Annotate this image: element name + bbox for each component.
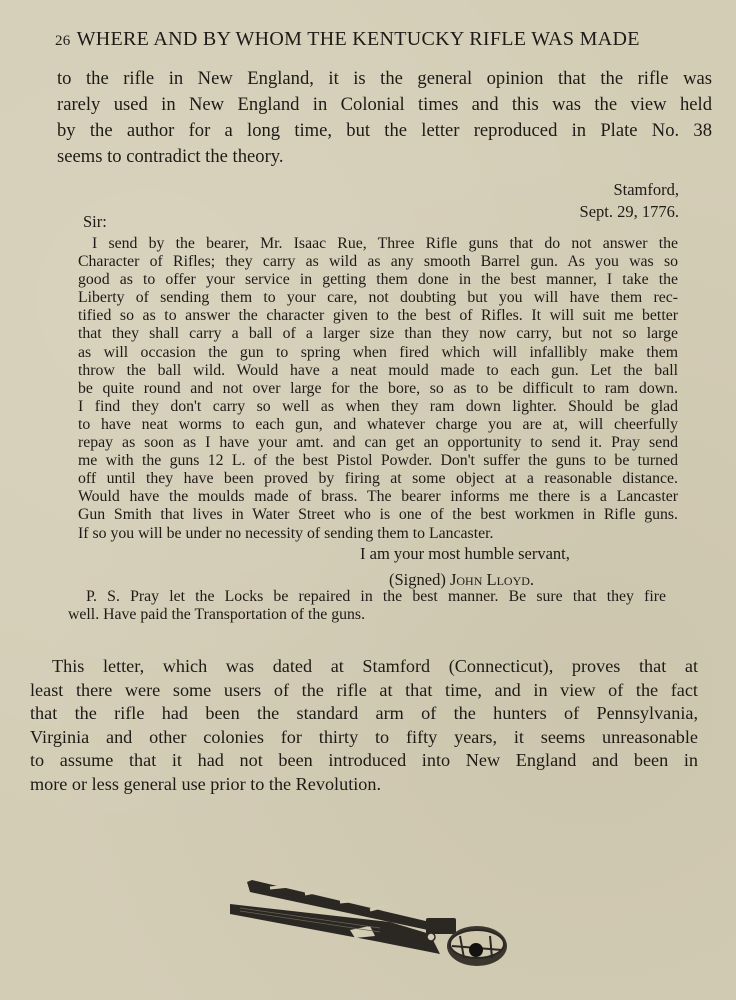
letter-date: Sept. 29, 1776. — [580, 201, 679, 223]
letter-signature: (Signed) John Lloyd. — [389, 570, 534, 590]
text-line: Virginia and other colonies for thirty t… — [30, 726, 698, 750]
text-line: This letter, which was dated at Stamford… — [30, 655, 698, 679]
text-line: well. Have paid the Transportation of th… — [68, 606, 666, 624]
text-line: off until they have been proved by firin… — [78, 470, 678, 488]
text-line: be quite round and not over large for th… — [78, 380, 678, 398]
text-line: that they shall carry a ball of a larger… — [78, 325, 678, 343]
text-line: that the rifle had been the standard arm… — [30, 702, 698, 726]
text-line: as will occasion the gun to spring when … — [78, 344, 678, 362]
text-line: I send by the bearer, Mr. Isaac Rue, Thr… — [78, 235, 678, 253]
letter-salutation: Sir: — [83, 212, 107, 232]
text-line: seems to contradict the theory. — [57, 144, 712, 170]
text-line: P. S. Pray let the Locks be repaired in … — [68, 588, 666, 606]
letter-heading: Stamford, Sept. 29, 1776. — [580, 179, 679, 223]
text-line: Character of Rifles; they carry as wild … — [78, 253, 678, 271]
text-line: more or less general use prior to the Re… — [30, 773, 698, 797]
letter-place: Stamford, — [580, 179, 679, 201]
text-line: Gun Smith that lives in Water Street who… — [78, 506, 678, 524]
signer-name: John Lloyd. — [450, 570, 534, 589]
intro-paragraph: to the rifle in New England, it is the g… — [57, 66, 712, 170]
text-line: least there were some users of the rifle… — [30, 679, 698, 703]
text-line: to assume that it had not been introduce… — [30, 749, 698, 773]
text-line: tified so as to answer the character giv… — [78, 307, 678, 325]
text-line: repay as soon as I have your amt. and ca… — [78, 434, 678, 452]
bullet-mould-icon — [230, 860, 530, 980]
letter-body: I send by the bearer, Mr. Isaac Rue, Thr… — [78, 235, 678, 543]
text-line: rarely used in New England in Colonial t… — [57, 92, 712, 118]
text-line: me with the guns 12 L. of the best Pisto… — [78, 452, 678, 470]
text-line: to the rifle in New England, it is the g… — [57, 66, 712, 92]
letter-closing: I am your most humble servant, — [360, 544, 570, 564]
text-line: I find they don't carry so well as when … — [78, 398, 678, 416]
signed-label: (Signed) — [389, 570, 446, 589]
text-line: Liberty of sending them to your care, no… — [78, 289, 678, 307]
book-page: 26WHERE AND BY WHOM THE KENTUCKY RIFLE W… — [0, 0, 736, 1000]
chapter-title: WHERE AND BY WHOM THE KENTUCKY RIFLE WAS… — [77, 28, 640, 50]
text-line: by the author for a long time, but the l… — [57, 118, 712, 144]
text-line: If so you will be under no necessity of … — [78, 525, 678, 543]
text-line: good as to offer your service in getting… — [78, 271, 678, 289]
text-line: throw the ball wild. Would have a neat m… — [78, 362, 678, 380]
text-line: Would have the moulds made of brass. The… — [78, 488, 678, 506]
postscript: P. S. Pray let the Locks be repaired in … — [68, 588, 666, 624]
running-head: 26WHERE AND BY WHOM THE KENTUCKY RIFLE W… — [55, 28, 695, 51]
conclusion-paragraph: This letter, which was dated at Stamford… — [30, 655, 698, 796]
text-line: to have neat worms to each gun, and what… — [78, 416, 678, 434]
page-number: 26 — [55, 33, 71, 49]
